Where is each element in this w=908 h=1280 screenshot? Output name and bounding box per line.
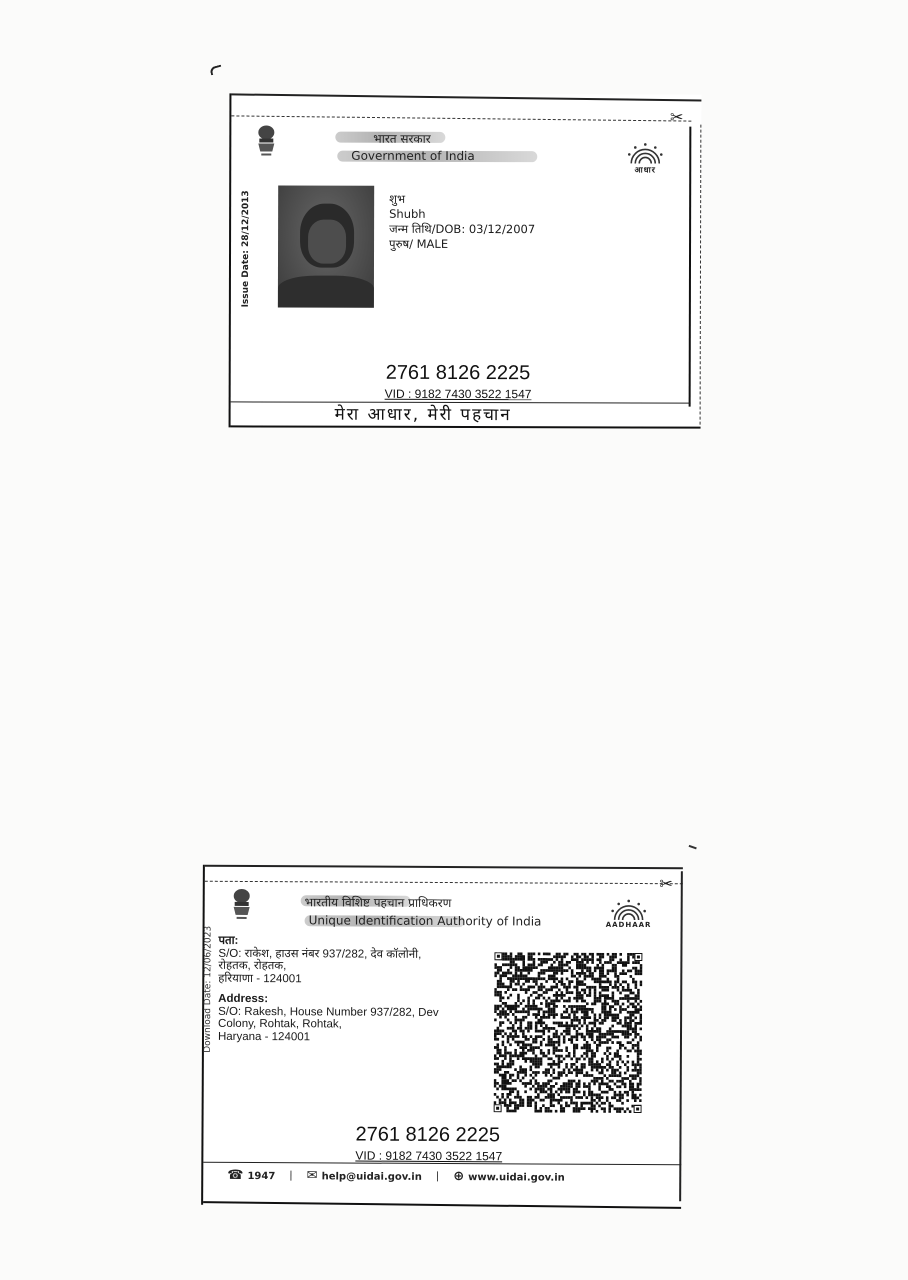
address-hindi-label: पता: <box>218 935 439 949</box>
aadhaar-logo-label: आधार <box>619 164 671 175</box>
name-hindi: शुभ <box>389 192 535 207</box>
phone-number: 1947 <box>247 1171 275 1182</box>
vid-number: VID : 9182 7430 3522 1547 <box>385 387 532 401</box>
header-hindi: भारतीय विशिष्ट पहचान प्राधिकरण <box>305 893 452 911</box>
email-contact: ✉help@uidai.gov.in <box>307 1168 422 1184</box>
aadhaar-logo-label: AADHAAR <box>603 921 655 929</box>
globe-icon: ⊕ <box>453 1169 464 1184</box>
card-border-top <box>231 93 701 101</box>
address-english-line: Colony, Rohtak, Rohtak, <box>218 1018 439 1032</box>
page-mark <box>687 845 697 853</box>
separator: | <box>289 1170 292 1181</box>
state-emblem-icon <box>253 123 279 157</box>
separator: | <box>436 1171 439 1182</box>
address-hindi-line: S/O: राकेश, हाउस नंबर 937/282, देव कॉलोन… <box>218 947 439 961</box>
tagline: मेरा आधार, मेरी पहचान <box>335 402 512 425</box>
aadhaar-front-card: ✂ भारत सरकार Government of India आधार Is… <box>229 93 702 428</box>
download-date: Download Date: 12/06/2023 <box>203 926 214 1053</box>
aadhaar-number: 2761 8126 2225 <box>386 362 531 385</box>
address-block: पता: S/O: राकेश, हाउस नंबर 937/282, देव … <box>218 935 439 1044</box>
header-english: Government of India <box>351 149 475 163</box>
card-border-bottom <box>231 425 701 428</box>
mail-icon: ✉ <box>307 1168 318 1183</box>
name-english: Shubh <box>389 207 535 222</box>
website-contact: ⊕www.uidai.gov.in <box>453 1169 565 1185</box>
address-hindi-line: रोहतक, रोहतक, <box>218 960 439 974</box>
page-mark <box>209 65 223 76</box>
qr-code <box>494 952 643 1113</box>
card-border-top <box>205 865 683 870</box>
card-border-bottom <box>203 1201 681 1209</box>
holder-photo <box>278 186 374 308</box>
header-english: Unique Identification Authority of India <box>309 913 542 928</box>
header-hindi: भारत सरकार <box>373 130 430 147</box>
address-english-line: S/O: Rakesh, House Number 937/282, Dev <box>218 1005 439 1019</box>
phone-contact: ☎1947 <box>227 1168 275 1183</box>
holder-info: शुभ Shubh जन्म तिथि/DOB: 03/12/2007 पुरु… <box>389 192 535 252</box>
vid-number: VID : 9182 7430 3522 1547 <box>355 1149 502 1164</box>
state-emblem-icon <box>229 887 255 921</box>
issue-date: Issue Date: 28/12/2013 <box>241 190 251 307</box>
address-english-line: Haryana - 124001 <box>218 1030 439 1044</box>
cut-line <box>231 115 691 121</box>
aadhaar-back-card: ✂ भारतीय विशिष्ट पहचान प्राधिकरण Unique … <box>201 865 683 1208</box>
website-url: www.uidai.gov.in <box>468 1172 565 1184</box>
cut-line <box>205 881 683 885</box>
contact-footer: ☎1947 | ✉help@uidai.gov.in | ⊕www.uidai.… <box>227 1168 667 1185</box>
scissors-icon: ✂ <box>670 108 683 127</box>
divider <box>203 1162 681 1166</box>
address-hindi-line: हरियाणा - 124001 <box>218 972 439 986</box>
aadhaar-logo-icon: AADHAAR <box>603 899 655 935</box>
aadhaar-logo-icon: आधार <box>619 142 671 178</box>
card-border-right <box>689 127 692 407</box>
scissors-icon: ✂ <box>659 874 673 893</box>
aadhaar-number: 2761 8126 2225 <box>355 1124 500 1148</box>
card-border-right <box>679 871 683 1201</box>
cut-line-vertical <box>700 125 702 425</box>
email-address: help@uidai.gov.in <box>322 1171 422 1183</box>
phone-icon: ☎ <box>227 1168 243 1183</box>
address-english-label: Address: <box>218 993 439 1007</box>
gender: पुरुष/ MALE <box>389 237 535 252</box>
date-of-birth: जन्म तिथि/DOB: 03/12/2007 <box>389 222 535 237</box>
